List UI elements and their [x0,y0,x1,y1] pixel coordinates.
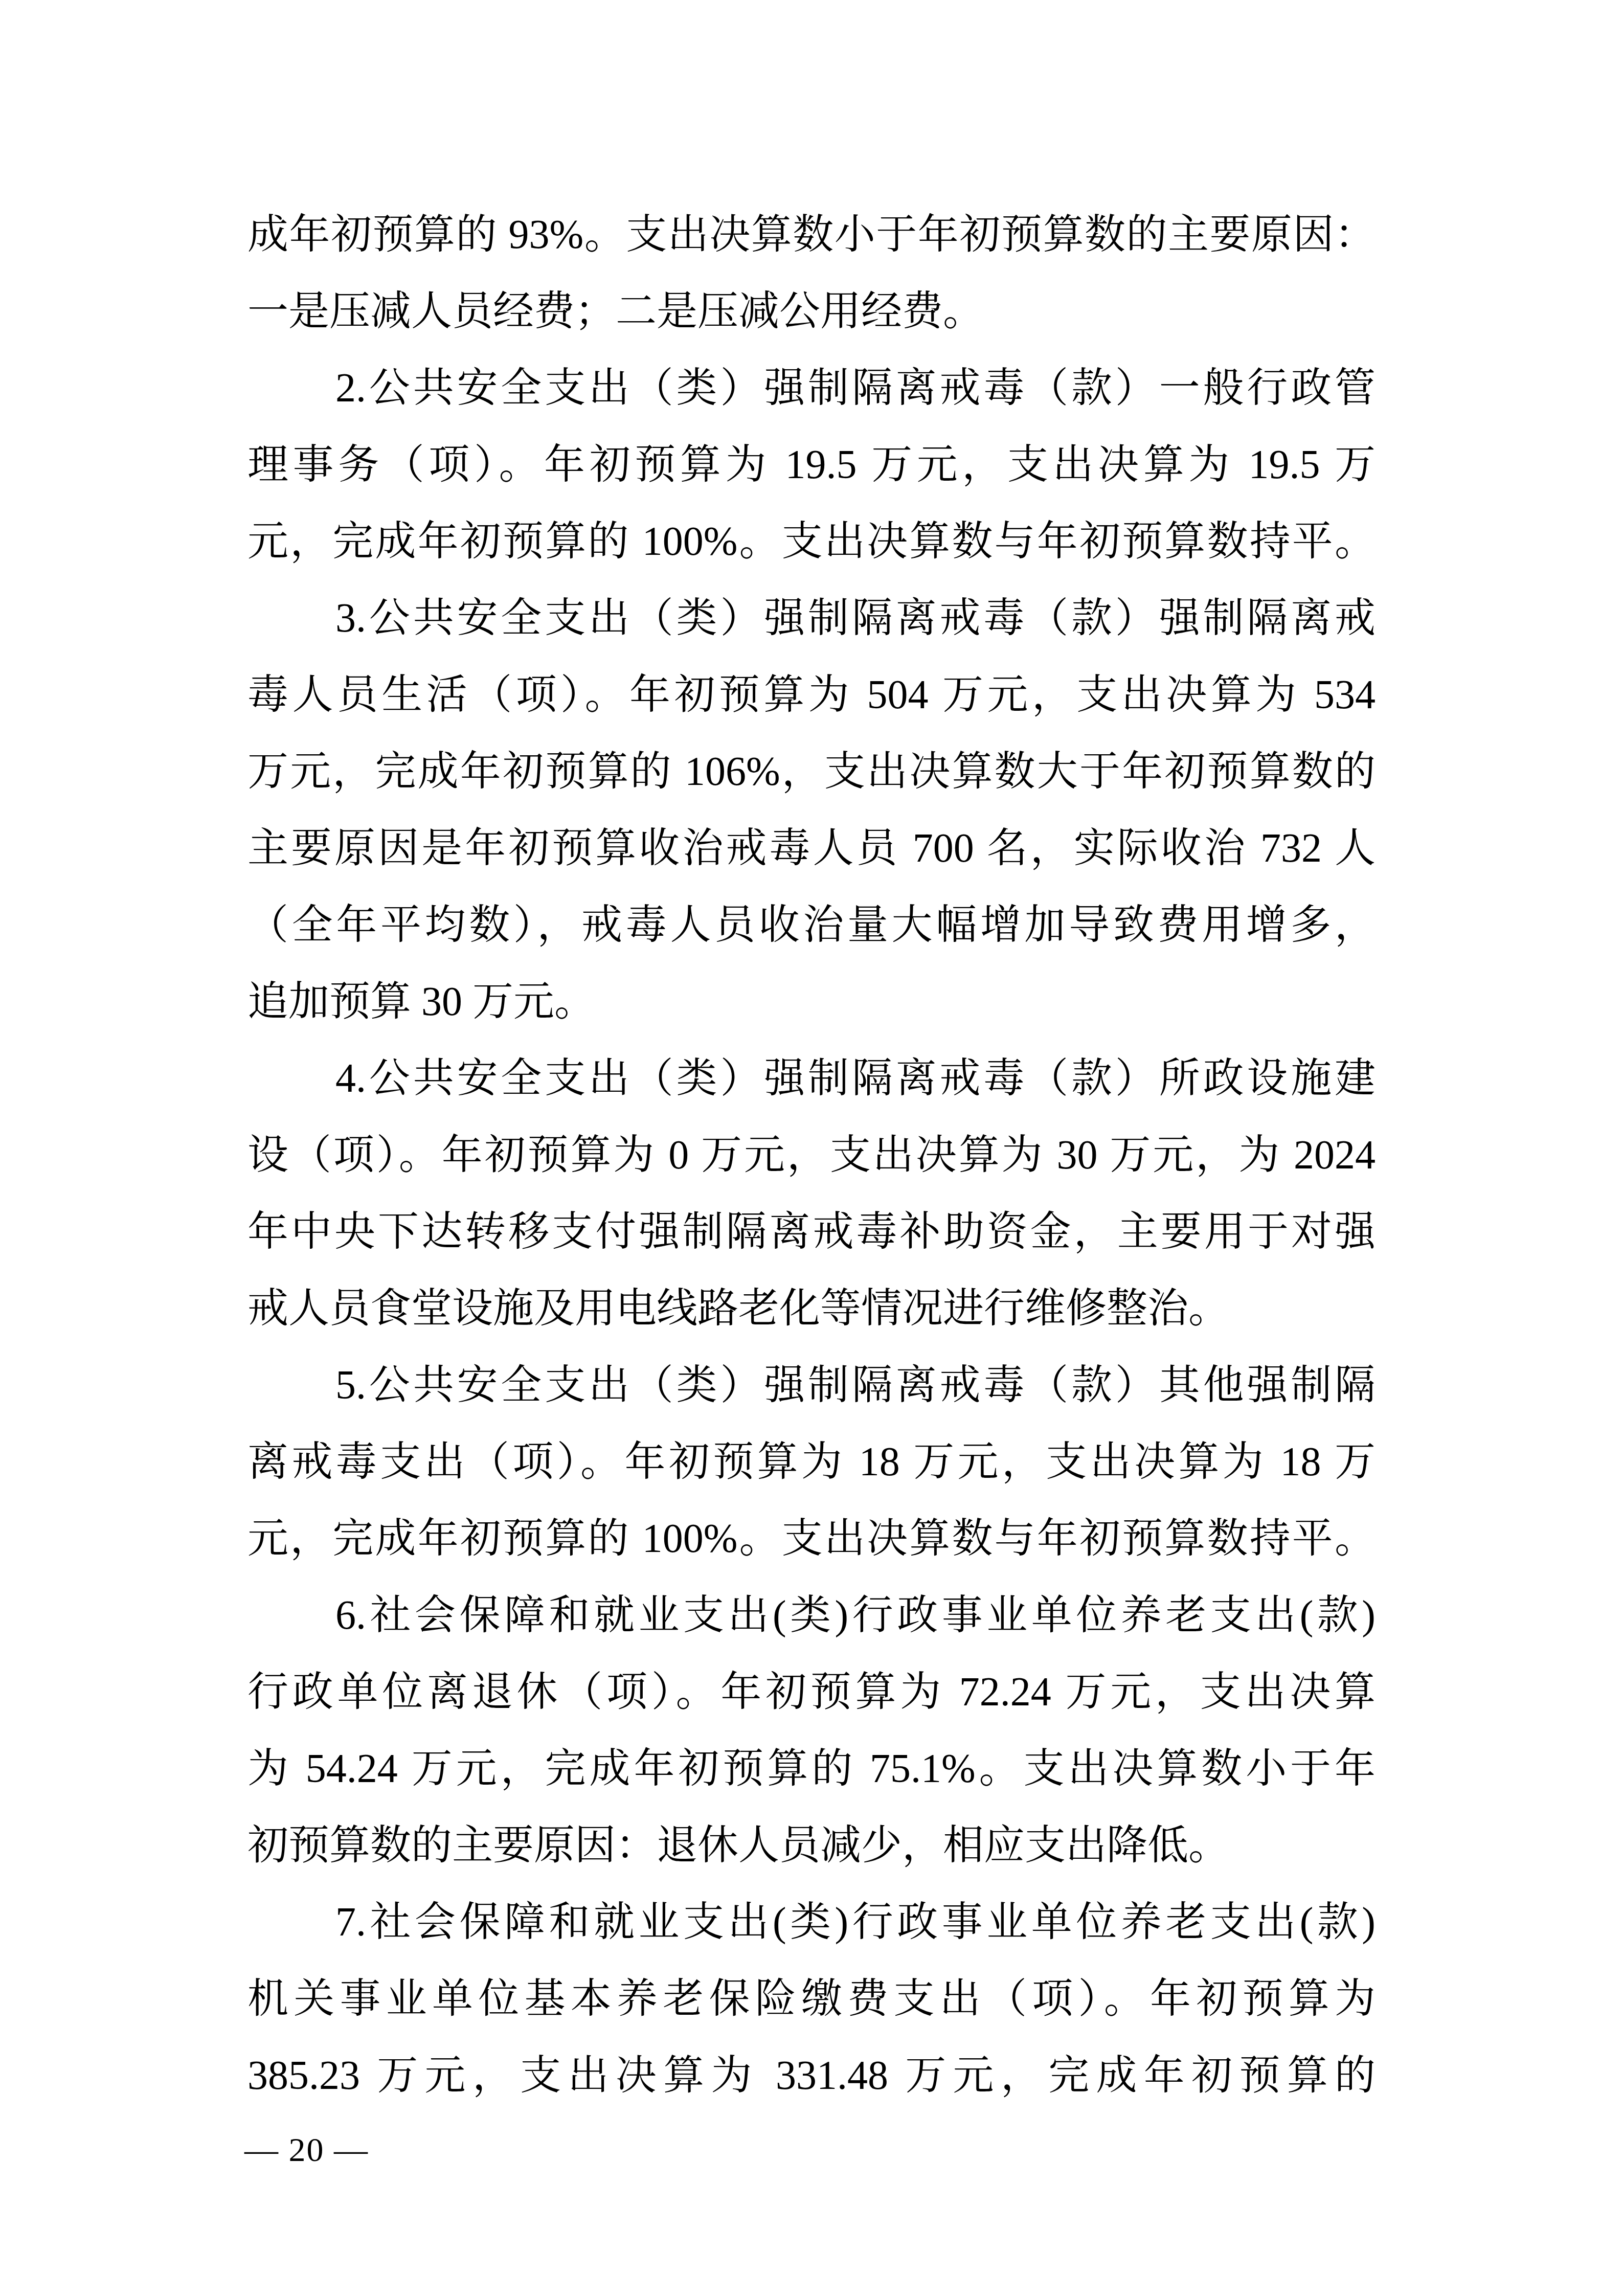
text-line: 主要原因是年初预算收治戒毒人员 700 名，实际收治 732 人 [247,810,1376,887]
text-line: 成年初预算的 93%。支出决算数小于年初预算数的主要原因： [247,196,1376,273]
text-line: 元，完成年初预算的 100%。支出决算数与年初预算数持平。 [247,1500,1376,1577]
text-line: 385.23 万元，支出决算为 331.48 万元，完成年初预算的 [247,2037,1376,2114]
text-line: 戒人员食堂设施及用电线路老化等情况进行维修整治。 [247,1270,1376,1347]
text-line: 7.社会保障和就业支出(类)行政事业单位养老支出(款) [247,1884,1376,1961]
text-line: 一是压减人员经费；二是压减公用经费。 [247,273,1376,350]
text-line: 为 54.24 万元，完成年初预算的 75.1%。支出决算数小于年 [247,1730,1376,1807]
text-line: 毒人员生活（项）。年初预算为 504 万元，支出决算为 534 [247,657,1376,733]
text-line: 行政单位离退休（项）。年初预算为 72.24 万元，支出决算 [247,1654,1376,1730]
text-line: 年中央下达转移支付强制隔离戒毒补助资金，主要用于对强 [247,1194,1376,1270]
text-line: 追加预算 30 万元。 [247,963,1376,1040]
text-line: 初预算数的主要原因：退休人员减少，相应支出降低。 [247,1807,1376,1884]
text-line: （全年平均数），戒毒人员收治量大幅增加导致费用增多， [247,887,1376,963]
document-body: 成年初预算的 93%。支出决算数小于年初预算数的主要原因：一是压减人员经费；二是… [247,196,1376,2114]
text-line: 万元，完成年初预算的 106%，支出决算数大于年初预算数的 [247,733,1376,810]
text-line: 理事务（项）。年初预算为 19.5 万元，支出决算为 19.5 万 [247,426,1376,503]
text-line: 离戒毒支出（项）。年初预算为 18 万元，支出决算为 18 万 [247,1424,1376,1500]
text-line: 设（项）。年初预算为 0 万元，支出决算为 30 万元，为 2024 [247,1117,1376,1194]
page-number: — 20 — [244,2131,369,2169]
text-line: 机关事业单位基本养老保险缴费支出（项）。年初预算为 [247,1961,1376,2037]
text-line: 4.公共安全支出（类）强制隔离戒毒（款）所政设施建 [247,1040,1376,1117]
page-footer: — 20 — [244,2127,369,2173]
text-line: 5.公共安全支出（类）强制隔离戒毒（款）其他强制隔 [247,1347,1376,1424]
document-page: 成年初预算的 93%。支出决算数小于年初预算数的主要原因：一是压减人员经费；二是… [0,0,1623,2296]
text-line: 2.公共安全支出（类）强制隔离戒毒（款）一般行政管 [247,350,1376,426]
text-line: 6.社会保障和就业支出(类)行政事业单位养老支出(款) [247,1577,1376,1654]
text-line: 元，完成年初预算的 100%。支出决算数与年初预算数持平。 [247,503,1376,580]
text-line: 3.公共安全支出（类）强制隔离戒毒（款）强制隔离戒 [247,580,1376,657]
